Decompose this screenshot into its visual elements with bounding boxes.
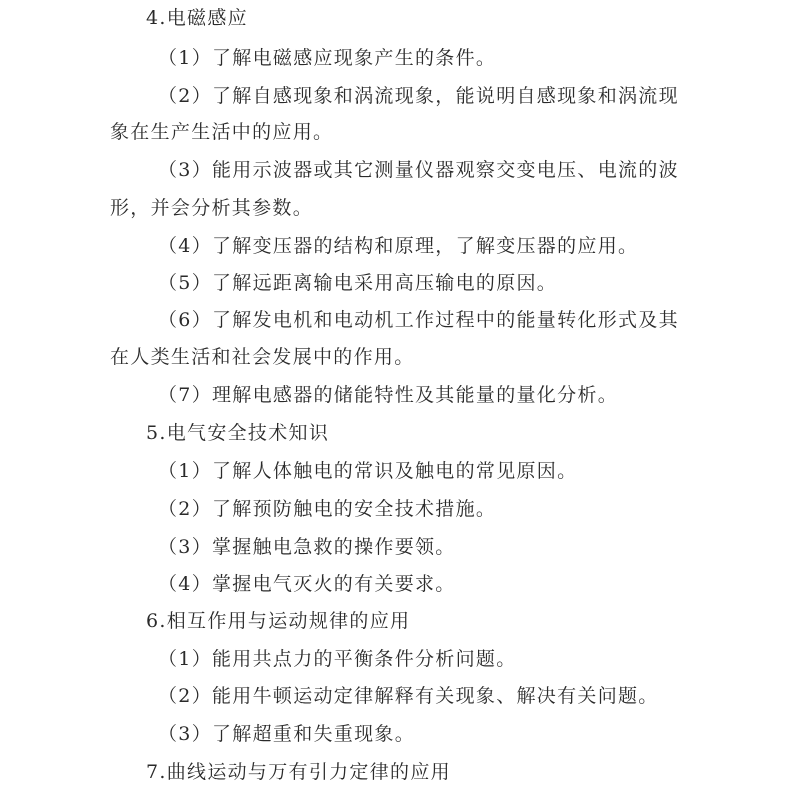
list-item: （4）了解变压器的结构和原理，了解变压器的应用。 xyxy=(158,234,638,258)
list-item: （5）了解远距离输电采用高压输电的原因。 xyxy=(158,271,557,295)
list-item: （1）能用共点力的平衡条件分析问题。 xyxy=(158,647,517,671)
list-item: （3）掌握触电急救的操作要领。 xyxy=(158,535,456,559)
section-heading-7: 7.曲线运动与万有引力定律的应用 xyxy=(146,760,451,784)
list-item: （2）能用牛顿运动定律解释有关现象、解决有关问题。 xyxy=(158,684,659,708)
list-item-continuation: 形，并会分析其参数。 xyxy=(110,196,313,220)
list-item: （2）了解自感现象和涡流现象，能说明自感现象和涡流现 xyxy=(158,84,679,108)
list-item: （4）掌握电气灭火的有关要求。 xyxy=(158,572,456,596)
section-heading-4: 4.电磁感应 xyxy=(146,6,248,30)
section-heading-5: 5.电气安全技术知识 xyxy=(146,421,329,445)
list-item: （2）了解预防触电的安全技术措施。 xyxy=(158,497,496,521)
list-item: （1）了解电磁感应现象产生的条件。 xyxy=(158,46,496,70)
section-heading-6: 6.相互作用与运动规律的应用 xyxy=(146,609,410,633)
list-item-continuation: 象在生产生活中的应用。 xyxy=(110,120,333,144)
list-item: （1）了解人体触电的常识及触电的常见原因。 xyxy=(158,459,577,483)
list-item: （3）了解超重和失重现象。 xyxy=(158,722,415,746)
list-item-continuation: 在人类生活和社会发展中的作用。 xyxy=(110,345,415,369)
list-item: （6）了解发电机和电动机工作过程中的能量转化形式及其 xyxy=(158,308,679,332)
list-item: （7）理解电感器的储能特性及其能量的量化分析。 xyxy=(158,383,618,407)
list-item: （3）能用示波器或其它测量仪器观察交变电压、电流的波 xyxy=(158,158,679,182)
